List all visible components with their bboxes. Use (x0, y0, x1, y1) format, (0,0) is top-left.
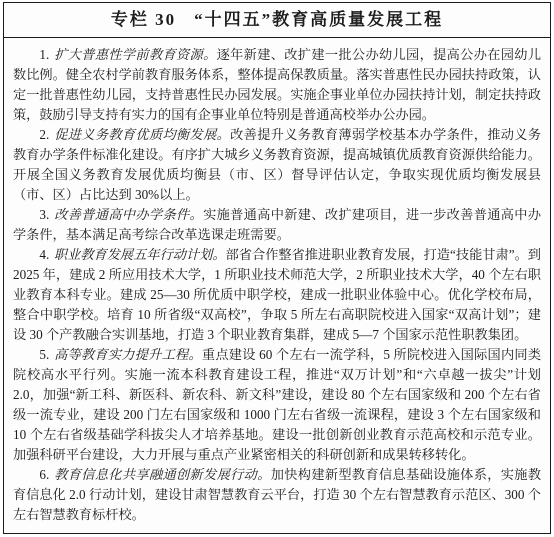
item-lead: 改善普通高中办学条件。 (54, 207, 203, 222)
paragraph-5: 5.高等教育实力提升工程。重点建设 60 个左右一流学科，5 所院校进入国际国内… (13, 345, 541, 465)
item-lead: 教育信息化共享融通创新发展行动。 (54, 467, 271, 482)
item-lead: 高等教育实力提升工程。 (54, 347, 202, 362)
item-lead: 职业教育发展五年行动计划。 (54, 247, 226, 262)
column-title: 专栏 30“十四五”教育高质量发展工程 (4, 3, 550, 38)
item-number: 4. (39, 247, 49, 262)
column-body: 1.扩大普惠性学前教育资源。逐年新建、改扩建一批公办幼儿园，提高公办在园幼儿数比… (4, 38, 550, 531)
paragraph-4: 4.职业教育发展五年行动计划。部省合作整省推进职业教育发展，打造“技能甘肃”。到… (13, 245, 541, 345)
column-title-text: “十四五”教育高质量发展工程 (194, 10, 443, 29)
item-body: 重点建设 60 个左右一流学科，5 所院校进入国际国内同类院校高水平行列。实施一… (13, 347, 541, 462)
item-number: 2. (39, 127, 49, 142)
paragraph-6: 6.教育信息化共享融通创新发展行动。加快构建新型教育信息基础设施体系，实施教育信… (13, 465, 541, 525)
column-title-prefix: 专栏 30 (111, 10, 176, 29)
item-number: 6. (39, 467, 49, 482)
paragraph-3: 3.改善普通高中办学条件。实施普通高中新建、改扩建项目，进一步改善普通高中办学条… (13, 205, 541, 245)
item-lead: 促进义务教育优质均衡发展。 (54, 127, 230, 142)
item-number: 3. (39, 207, 49, 222)
item-number: 1. (39, 47, 49, 62)
paragraph-1: 1.扩大普惠性学前教育资源。逐年新建、改扩建一批公办幼儿园，提高公办在园幼儿数比… (13, 45, 541, 125)
column-box: 专栏 30“十四五”教育高质量发展工程 1.扩大普惠性学前教育资源。逐年新建、改… (3, 2, 551, 534)
item-lead: 扩大普惠性学前教育资源。 (54, 47, 217, 62)
paragraph-2: 2.促进义务教育优质均衡发展。改善提升义务教育薄弱学校基本办学条件，推动义务教育… (13, 125, 541, 205)
item-number: 5. (39, 347, 49, 362)
